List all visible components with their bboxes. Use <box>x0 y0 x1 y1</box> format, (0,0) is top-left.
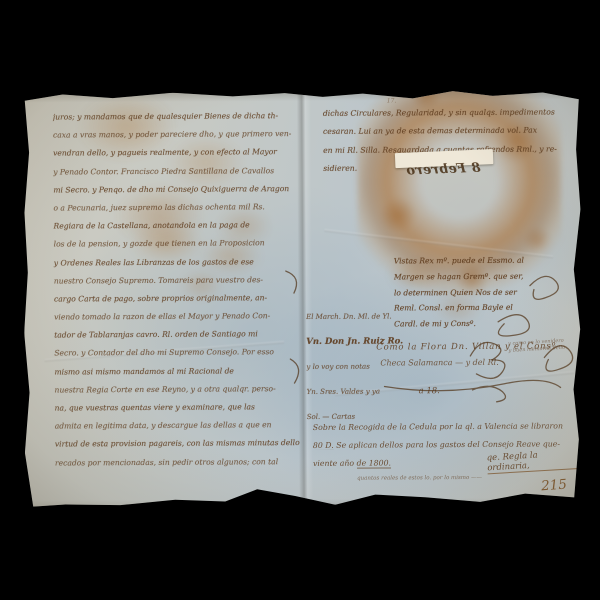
swash-stroke <box>290 359 298 383</box>
rubrica-flourish <box>530 276 559 299</box>
rubrica-flourish <box>544 346 572 372</box>
rubrica-flourish <box>470 342 505 378</box>
swash-stroke <box>286 271 297 293</box>
photograph: juros; y mandamos que de qualesquier Bie… <box>0 0 600 600</box>
rubrica-flourish <box>473 386 506 402</box>
manuscript-paper: juros; y mandamos que de qualesquier Bie… <box>23 89 584 512</box>
signature-flourishes <box>23 89 584 510</box>
rubrica-flourish <box>498 315 529 336</box>
